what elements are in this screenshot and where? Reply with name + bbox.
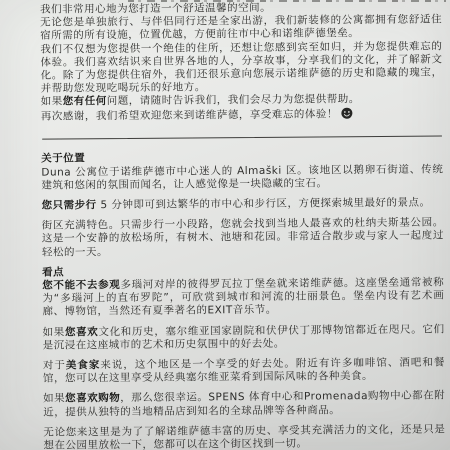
section-divider xyxy=(42,135,442,140)
photographed-paper-page: 我们非常用心地为您打造一个舒适温馨的空间。 无论您是单独旅行、与伴侣同行还是全家… xyxy=(0,0,450,450)
highlights-paragraph-shopping: 如果您喜欢购物，那么您很幸运。SPENS 体育中心和Promenada购物中心都… xyxy=(43,390,445,420)
intro-paragraph-thanks: 再次感谢，我们希望欢迎您来到诺维萨德，享受难忘的体验！ xyxy=(41,106,443,123)
intro-paragraph-apartment: 无论您是单独旅行、与伴侣同行还是全家出游，我们新装修的公寓都拥有您舒适住宿所需的… xyxy=(40,14,442,44)
smiley-emoji-icon xyxy=(341,107,353,119)
highlights-paragraph-culture: 如果您喜欢文化和历史，塞尔维亚国家剧院和伏伊伏丁那博物馆都近在咫尺。它们是沉浸在… xyxy=(43,323,445,353)
highlights-paragraph-fortress: 您不能不去参观多瑙河对岸的彼得罗瓦拉丁堡垒就来诺维萨德。这座堡垒通常被称为“多瑙… xyxy=(42,276,444,319)
highlights-paragraph-food: 对于美食家来说，这个地区是一个享受的好去处。附近有许多咖啡馆、酒吧和餐馆，您可以… xyxy=(43,356,445,386)
intro-paragraph-hosting: 我们不仅想为您提供一个绝佳的住所，还想让您感到宾至如归，并为您提供难忘的体验。我… xyxy=(40,40,442,96)
highlights-paragraph-summary: 无论您来这里是为了了解诺维萨德丰富的历史、享受其充满活力的文化，还是只是想在公园… xyxy=(43,423,445,450)
location-paragraph-walk: 您只需步行 5 分钟即可到达繁华的市中心和步行区，方便探索城里最好的景点。 xyxy=(42,196,444,212)
location-paragraph-park: 街区充满特色。只需步行一小段路，您就会找到当地人最喜欢的杜纳夫斯基公园。这是一个… xyxy=(42,217,444,260)
document-body: 我们非常用心地为您打造一个舒适温馨的空间。 无论您是单独旅行、与伴侣同行还是全家… xyxy=(40,0,446,450)
location-paragraph-neighborhood: Duna 公寓位于诺维萨德市中心迷人的 Almaški 区。该地区以鹅卵石街道、… xyxy=(41,163,443,193)
